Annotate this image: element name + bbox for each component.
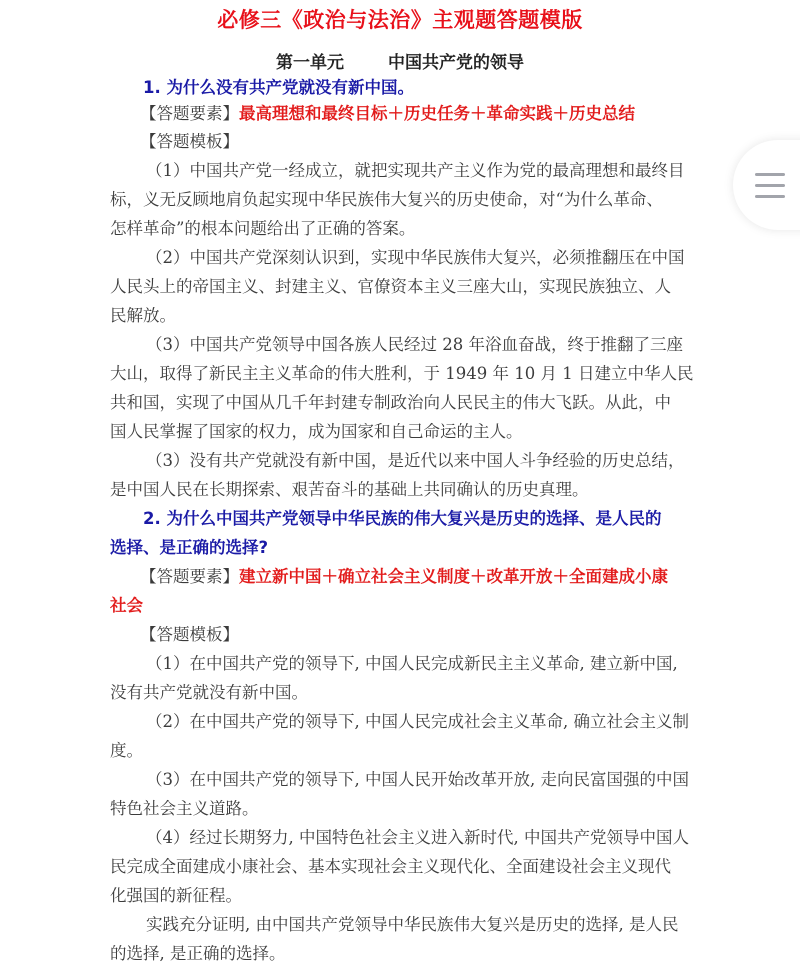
question-2-title-line: 选择、是正确的选择?	[110, 537, 268, 559]
q2-line: （4）经过长期努力, 中国特色社会主义进入新时代, 中国共产党领导中国人	[146, 827, 689, 849]
menu-icon	[755, 195, 785, 198]
q1-line: （3）没有共产党就没有新中国，是近代以来中国人斗争经验的历史总结，	[146, 450, 685, 472]
menu-button[interactable]	[733, 140, 800, 230]
q2-line: 的选择, 是正确的选择。	[110, 943, 286, 965]
elements-text: 最高理想和最终目标＋历史任务＋革命实践＋历史总结	[239, 104, 635, 123]
unit-number: 第一单元	[276, 53, 344, 73]
question-1-title: 1. 为什么没有共产党就没有新中国。	[143, 77, 414, 99]
q2-line: （2）在中国共产党的领导下, 中国人民完成社会主义革命, 确立社会主义制	[146, 711, 689, 733]
question-2-title-line: 2. 为什么中国共产党领导中华民族的伟大复兴是历史的选择、是人民的	[143, 508, 662, 530]
unit-name: 中国共产党的领导	[388, 53, 524, 73]
question-1-template-label: 【答题模板】	[140, 131, 239, 153]
q2-line: 特色社会主义道路。	[110, 798, 259, 820]
q1-line: （3）中国共产党领导中国各族人民经过 28 年浴血奋战，终于推翻了三座	[146, 334, 683, 356]
question-2-elements-cont: 社会	[110, 595, 143, 617]
q1-line: 人民头上的帝国主义、封建主义、官僚资本主义三座大山，实现民族独立、人	[110, 276, 671, 298]
menu-icon	[755, 184, 785, 187]
q1-line: （2）中国共产党深刻认识到，实现中华民族伟大复兴，必须推翻压在中国	[146, 247, 685, 269]
elements-text: 建立新中国＋确立社会主义制度＋改革开放＋全面建成小康	[239, 567, 668, 586]
question-2-template-label: 【答题模板】	[140, 624, 239, 646]
q1-line: 民解放。	[110, 305, 176, 327]
q2-line: （3）在中国共产党的领导下, 中国人民开始改革开放, 走向民富国强的中国	[146, 769, 689, 791]
q1-line: 国人民掌握了国家的权力，成为国家和自己命运的主人。	[110, 421, 523, 443]
q1-line: 标，义无反顾地肩负起实现中华民族伟大复兴的历史使命，对“为什么革命、	[110, 189, 663, 211]
q2-line: 没有共产党就没有新中国。	[110, 682, 308, 704]
document-title: 必修三《政治与法治》主观题答题模版	[0, 4, 800, 34]
q2-line: 化强国的新征程。	[110, 885, 242, 907]
q1-line: 怎样革命”的根本问题给出了正确的答案。	[110, 218, 415, 240]
q1-line: 大山，取得了新民主主义革命的伟大胜利，于 1949 年 10 月 1 日建立中华…	[110, 363, 693, 385]
elements-label: 【答题要素】	[140, 104, 239, 123]
q2-line: 度。	[110, 740, 143, 762]
q2-line: 民完成全面建成小康社会、基本实现社会主义现代化、全面建设社会主义现代	[110, 856, 671, 878]
q1-line: 共和国，实现了中国从几千年封建专制政治向人民民主的伟大飞跃。从此，中	[110, 392, 671, 414]
q2-line: （1）在中国共产党的领导下, 中国人民完成新民主主义革命, 建立新中国,	[146, 653, 678, 675]
menu-icon	[755, 173, 785, 176]
q1-line: （1）中国共产党一经成立，就把实现共产主义作为党的最高理想和最终目	[146, 160, 685, 182]
question-2-elements: 【答题要素】建立新中国＋确立社会主义制度＋改革开放＋全面建成小康	[140, 566, 668, 588]
elements-label: 【答题要素】	[140, 567, 239, 586]
question-1-elements: 【答题要素】最高理想和最终目标＋历史任务＋革命实践＋历史总结	[140, 103, 635, 125]
q2-line: 实践充分证明, 由中国共产党领导中华民族伟大复兴是历史的选择, 是人民	[146, 914, 678, 936]
unit-heading: 第一单元中国共产党的领导	[0, 48, 800, 73]
q1-line: 是中国人民在长期探索、艰苦奋斗的基础上共同确认的历史真理。	[110, 479, 589, 501]
